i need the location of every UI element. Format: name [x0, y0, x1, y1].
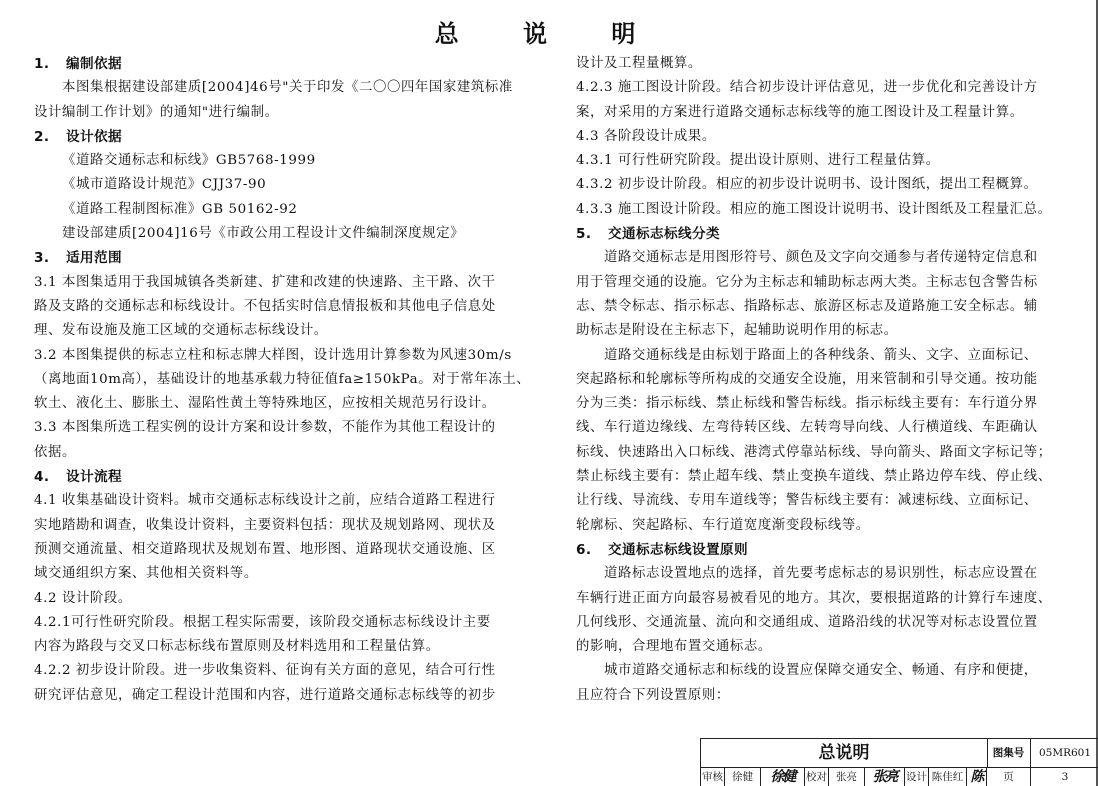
- paragraph-line: 3.3 本图集所选工程实例的设计方案和设计参数，不能作为其他工程设计的: [34, 416, 519, 440]
- paragraph-line: 建设部建质[2004]16号《市政公用工程设计文件编制深度规定》: [34, 222, 519, 246]
- paragraph-line: 3.2 本图集提供的标志立柱和标志牌大样图，设计选用计算参数为风速30m/s: [34, 344, 519, 368]
- checker-name: 张亮: [829, 767, 865, 786]
- reviewer-name: 徐健: [725, 767, 761, 786]
- paragraph-line: 预测交通流量、相交道路现状及规划布置、地形图、道路现状交通设施、区: [34, 538, 519, 562]
- paragraph-line: 4.3 各阶段设计成果。: [576, 125, 1061, 149]
- paragraph-line: 几何线形、交通流量、流向和交通组成、道路沿线的状况等对标志设置位置: [576, 611, 1061, 635]
- section-title: 交通标志标线分类: [608, 226, 720, 242]
- paragraph-line: 道路交通标线是由标划于路面上的各种线条、箭头、文字、立面标记、: [576, 344, 1061, 368]
- page-label: 页: [987, 767, 1031, 786]
- section-number: 5.: [576, 222, 608, 246]
- section-heading: 2.设计依据: [34, 125, 519, 149]
- section-number: 3.: [34, 246, 66, 270]
- section-number: 2.: [34, 125, 66, 149]
- paragraph-line: 车辆行进正面方向最容易被看见的地方。其次，要根据道路的计算行车速度、: [576, 587, 1061, 611]
- paragraph-line: 域交通组织方案、其他相关资料等。: [34, 562, 519, 586]
- section-heading: 3.适用范围: [34, 246, 519, 270]
- section-title: 设计依据: [66, 129, 122, 145]
- paragraph-line: 依据。: [34, 441, 519, 465]
- paragraph-line: 内容为路段与交叉口标志标线布置原则及材料选用和工程量估算。: [34, 635, 519, 659]
- paragraph-line: 禁止标线主要有：禁止超车线、禁止变换车道线、禁止路边停车线、停止线、: [576, 465, 1061, 489]
- section-heading: 5.交通标志标线分类: [576, 222, 1061, 246]
- paragraph-line: 4.2.3 施工图设计阶段。结合初步设计评估意见，进一步优化和完善设计方: [576, 76, 1061, 100]
- section-number: 4.: [34, 465, 66, 489]
- paragraph-line: 研究评估意见，确定工程设计范围和内容，进行道路交通标志标线等的初步: [34, 684, 519, 708]
- reviewer-label: 审核: [701, 767, 725, 786]
- section-heading: 4.设计流程: [34, 465, 519, 489]
- paragraph-line: 路及支路的交通标志和标线设计。不包括实时信息情报板和其他电子信息处: [34, 295, 519, 319]
- section-number: 6.: [576, 538, 608, 562]
- paragraph-line: 4.3.3 施工图设计阶段。相应的施工图设计说明书、设计图纸及工程量汇总。: [576, 198, 1061, 222]
- paragraph-line: 《道路工程制图标准》GB 50162-92: [34, 198, 519, 222]
- paragraph-line: 软土、液化土、膨胀土、湿陷性黄土等特殊地区，应按相关规范另行设计。: [34, 392, 519, 416]
- checker-label: 校对: [805, 767, 829, 786]
- paragraph-line: 且应符合下列设置原则：: [576, 684, 1061, 708]
- designer-label: 设计: [905, 767, 929, 786]
- reviewer-signature: 徐健: [761, 767, 805, 786]
- paragraph-line: 用于管理交通的设施。它分为主标志和辅助标志两大类。主标志包含警告标: [576, 271, 1061, 295]
- paragraph-line: 城市道路交通标志和标线的设置应保障交通安全、畅通、有序和便捷，: [576, 659, 1061, 683]
- paragraph-line: 分为三类：指示标线、禁止标线和警告标线。指示标线主要有：车行道分界: [576, 392, 1061, 416]
- paragraph-line: 助标志是附设在主标志下，起辅助说明作用的标志。: [576, 319, 1061, 343]
- section-title: 适用范围: [66, 250, 122, 266]
- checker-signature: 张亮: [865, 767, 905, 786]
- paragraph-line: 3.1 本图集适用于我国城镇各类新建、扩建和改建的快速路、主干路、次干: [34, 271, 519, 295]
- paragraph-line: 设计及工程量概算。: [576, 52, 1061, 76]
- designer-name: 陈佳红: [929, 767, 967, 786]
- right-column: 设计及工程量概算。4.2.3 施工图设计阶段。结合初步设计评估意见，进一步优化和…: [576, 52, 1061, 708]
- paragraph-line: 本图集根据建设部建质[2004]46号"关于印发《二〇〇四年国家建筑标准: [34, 76, 519, 100]
- page-title: 总 说 明: [0, 14, 1098, 49]
- paragraph-line: 让行线、导流线、专用车道线等；警告标线主要有：减速标线、立面标记、: [576, 489, 1061, 513]
- paragraph-line: 突起路标和轮廓标等所构成的交通安全设施，用来管制和引导交通。按功能: [576, 368, 1061, 392]
- paragraph-line: 案，对采用的方案进行道路交通标志标线等的施工图设计及工程量计算。: [576, 101, 1061, 125]
- designer-signature: 陈佳红: [967, 767, 987, 786]
- paragraph-line: 道路交通标志是用图形符号、颜色及文字向交通参与者传递特定信息和: [576, 246, 1061, 270]
- paragraph-line: 线、车行道边缘线、左弯待转区线、左转弯导向线、人行横道线、车距确认: [576, 416, 1061, 440]
- atlas-no: 05MR601: [1031, 739, 1098, 767]
- paragraph-line: 4.3.2 初步设计阶段。相应的初步设计说明书、设计图纸，提出工程概算。: [576, 173, 1061, 197]
- paragraph-line: 《城市道路设计规范》CJJ37-90: [34, 173, 519, 197]
- drawing-title: 总说明: [701, 739, 988, 767]
- paragraph-line: 标线、快速路出入口标线、港湾式停靠站标线、导向箭头、路面文字标记等；: [576, 441, 1061, 465]
- section-number: 1.: [34, 52, 66, 76]
- section-heading: 6.交通标志标线设置原则: [576, 538, 1061, 562]
- paragraph-line: 4.3.1 可行性研究阶段。提出设计原则、进行工程量估算。: [576, 149, 1061, 173]
- paragraph-line: 4.1 收集基础设计资料。城市交通标志标线设计之前，应结合道路工程进行: [34, 489, 519, 513]
- paragraph-line: 《道路交通标志和标线》GB5768-1999: [34, 149, 519, 173]
- paragraph-line: 设计编制工作计划》的通知"进行编制。: [34, 101, 519, 125]
- paragraph-line: 4.2.2 初步设计阶段。进一步收集资料、征询有关方面的意见，结合可行性: [34, 659, 519, 683]
- left-column: 1.编制依据本图集根据建设部建质[2004]46号"关于印发《二〇〇四年国家建筑…: [34, 52, 519, 708]
- section-title: 交通标志标线设置原则: [608, 542, 748, 558]
- section-title: 编制依据: [66, 56, 122, 72]
- paragraph-line: 轮廓标、突起路标、车行道宽度渐变段标线等。: [576, 514, 1061, 538]
- paragraph-line: 的影响，合理地布置交通标志。: [576, 635, 1061, 659]
- paragraph-line: （离地面10m高），基础设计的地基承载力特征值fa≥150kPa。对于常年冻土、: [34, 368, 519, 392]
- paragraph-line: 4.2 设计阶段。: [34, 587, 519, 611]
- page-number: 3: [1031, 767, 1098, 786]
- paragraph-line: 志、禁令标志、指示标志、指路标志、旅游区标志及道路施工安全标志。辅: [576, 295, 1061, 319]
- section-title: 设计流程: [66, 469, 122, 485]
- paragraph-line: 4.2.1可行性研究阶段。根据工程实际需要，该阶段交通标志标线设计主要: [34, 611, 519, 635]
- title-block-row-bottom: 审核 徐健 徐健 校对 张亮 张亮 设计 陈佳红 陈佳红 页 3: [701, 767, 1098, 786]
- atlas-no-label: 图集号: [987, 739, 1031, 767]
- paragraph-line: 实地踏勘和调查，收集设计资料，主要资料包括：现状及规划路网、现状及: [34, 514, 519, 538]
- paragraph-line: 理、发布设施及施工区域的交通标志标线设计。: [34, 319, 519, 343]
- title-block-row-top: 总说明 图集号 05MR601: [701, 739, 1098, 768]
- section-heading: 1.编制依据: [34, 52, 519, 76]
- title-block: 总说明 图集号 05MR601 审核 徐健 徐健 校对 张亮 张亮 设计 陈佳红…: [700, 738, 1098, 786]
- paragraph-line: 道路标志设置地点的选择，首先要考虑标志的易识别性，标志应设置在: [576, 562, 1061, 586]
